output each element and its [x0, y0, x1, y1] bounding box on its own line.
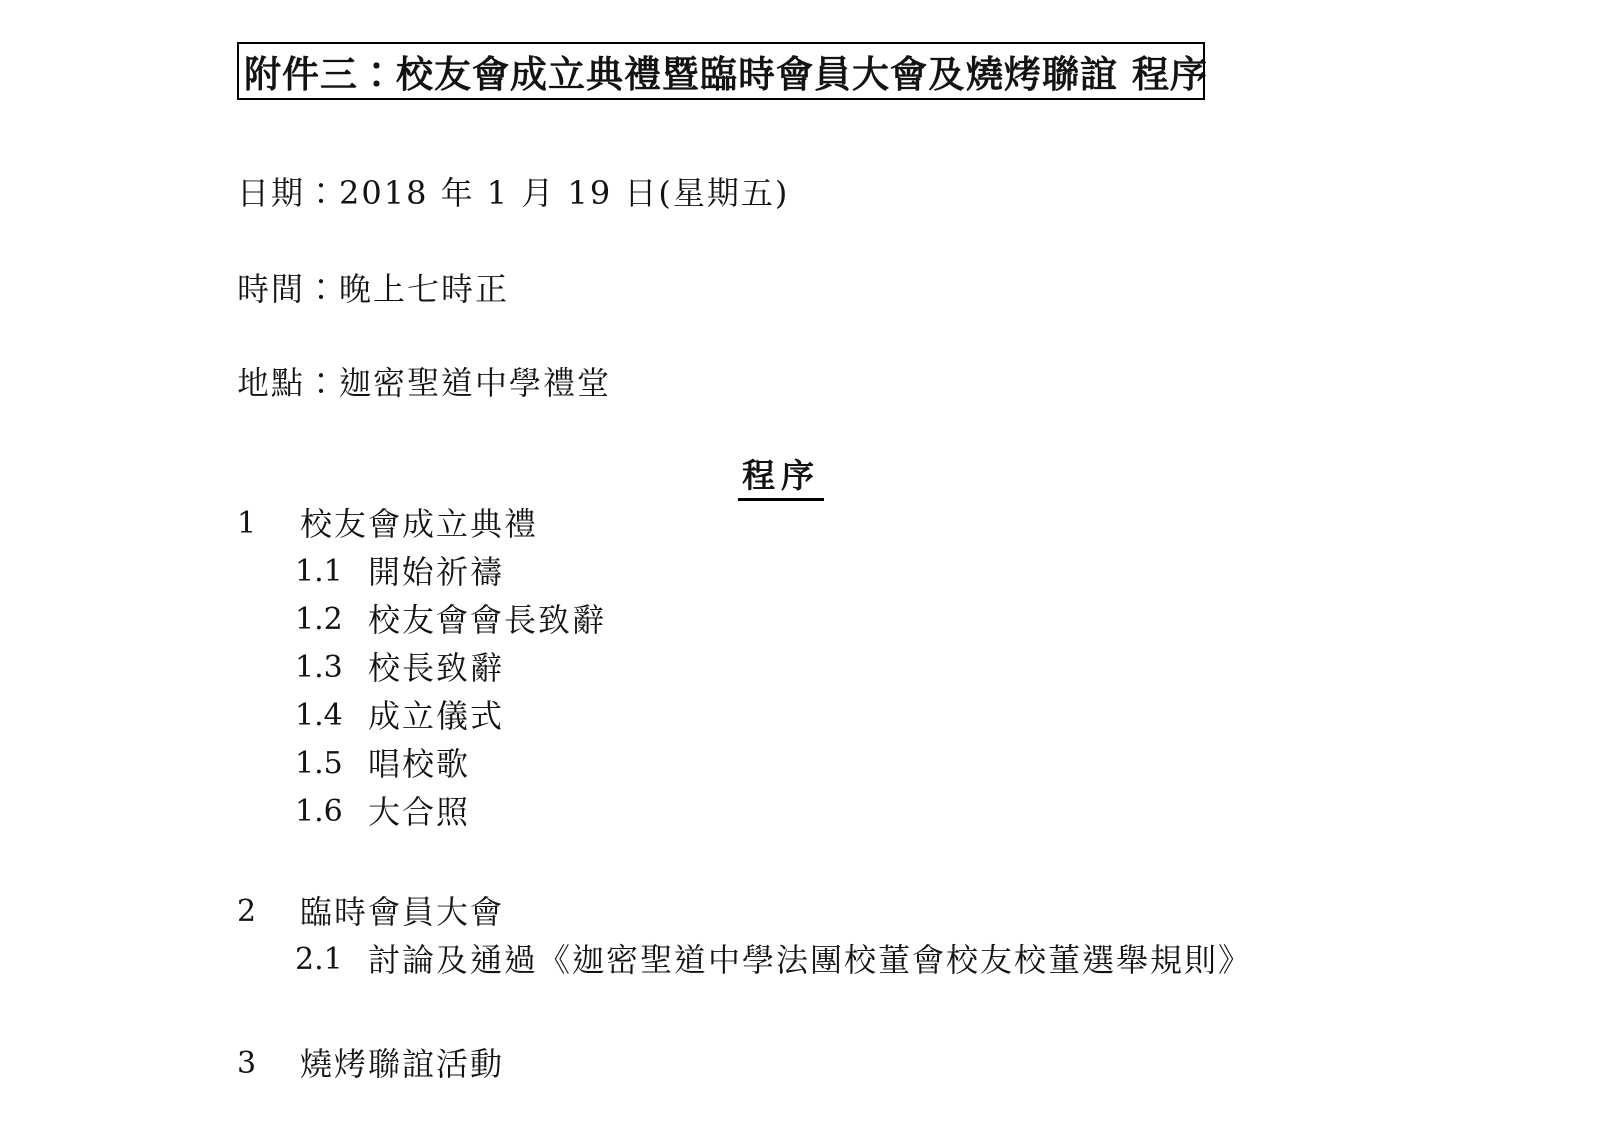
document-title-box: 附件三：校友會成立典禮暨臨時會員大會及燒烤聯誼 程序 [237, 42, 1205, 100]
item-number: 1.5 [295, 740, 368, 788]
program-item-2-1: 2.1 討論及通過《迦密聖道中學法團校董會校友校董選舉規則》 [237, 936, 1497, 984]
program-item-1-6: 1.6 大合照 [237, 788, 1497, 836]
item-number: 1.4 [295, 692, 368, 740]
section-gap [237, 984, 1497, 1040]
section-number: 1 [237, 500, 300, 548]
item-number: 1.6 [295, 788, 368, 836]
program-item-1-4: 1.4 成立儀式 [237, 692, 1497, 740]
item-number: 2.1 [295, 936, 368, 984]
item-label: 大合照 [368, 788, 470, 836]
program-heading: 程序 [237, 450, 1325, 497]
program-item-1-1: 1.1 開始祈禱 [237, 548, 1497, 596]
program-section-2: 2 臨時會員大會 [237, 888, 1497, 936]
document-page: 附件三：校友會成立典禮暨臨時會員大會及燒烤聯誼 程序 日期：2018 年 1 月… [0, 0, 1600, 1125]
item-number: 1.2 [295, 596, 368, 644]
section-title: 校友會成立典禮 [300, 500, 538, 548]
program-item-1-2: 1.2 校友會會長致辭 [237, 596, 1497, 644]
time-line: 時間：晚上七時正 [237, 264, 509, 310]
program-section-3: 3 燒烤聯誼活動 [237, 1040, 1497, 1088]
item-label: 成立儀式 [368, 692, 504, 740]
section-number: 2 [237, 888, 300, 936]
section-number: 3 [237, 1040, 300, 1088]
item-label: 校友會會長致辭 [368, 596, 606, 644]
item-label: 唱校歌 [368, 740, 470, 788]
item-number: 1.1 [295, 548, 368, 596]
program-item-1-5: 1.5 唱校歌 [237, 740, 1497, 788]
document-title: 附件三：校友會成立典禮暨臨時會員大會及燒烤聯誼 程序 [244, 44, 1208, 98]
item-label: 討論及通過《迦密聖道中學法團校董會校友校董選舉規則》 [368, 936, 1252, 984]
program-list: 1 校友會成立典禮 1.1 開始祈禱 1.2 校友會會長致辭 1.3 校長致辭 … [237, 500, 1497, 1088]
section-gap [237, 836, 1497, 888]
date-line: 日期：2018 年 1 月 19 日(星期五) [237, 168, 789, 214]
section-title: 燒烤聯誼活動 [300, 1040, 504, 1088]
program-item-1-3: 1.3 校長致辭 [237, 644, 1497, 692]
item-label: 開始祈禱 [368, 548, 504, 596]
program-heading-text: 程序 [738, 456, 824, 501]
item-number: 1.3 [295, 644, 368, 692]
venue-line: 地點：迦密聖道中學禮堂 [237, 358, 611, 404]
program-section-1: 1 校友會成立典禮 [237, 500, 1497, 548]
item-label: 校長致辭 [368, 644, 504, 692]
section-title: 臨時會員大會 [300, 888, 504, 936]
